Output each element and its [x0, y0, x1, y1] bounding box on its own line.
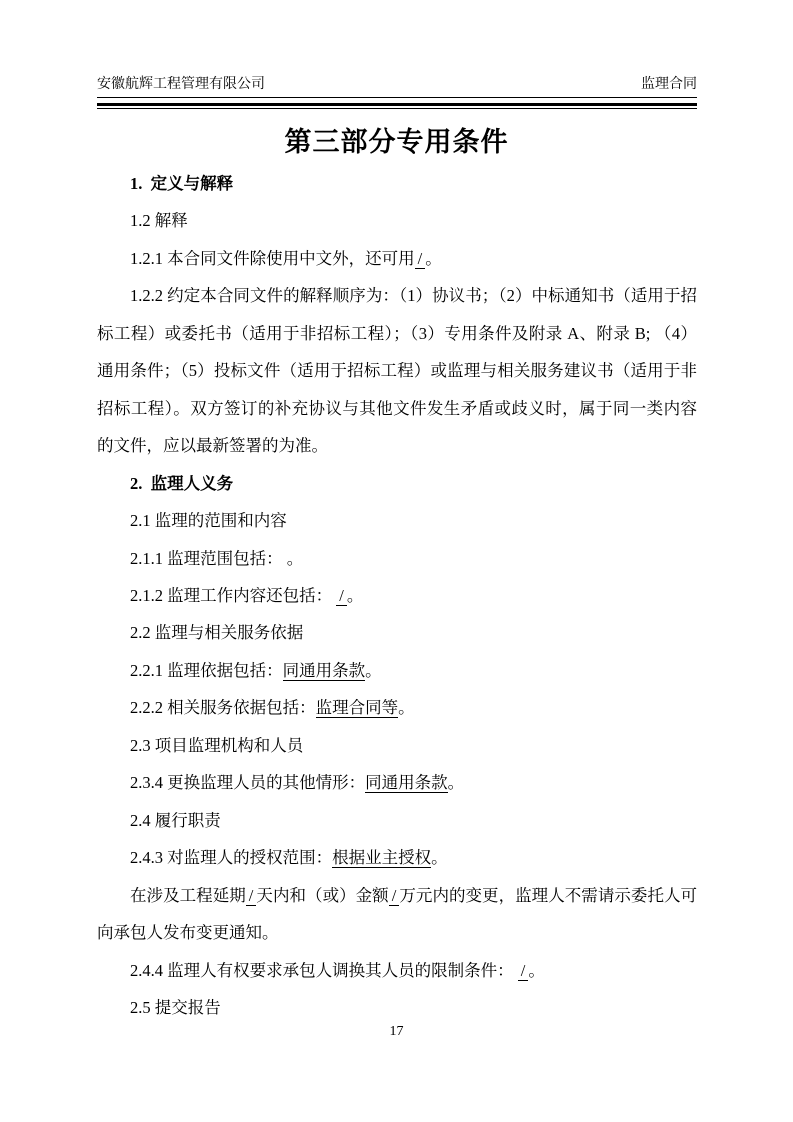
text-run: 。 [347, 586, 364, 605]
paragraph: 2.5 提交报告 [97, 989, 697, 1026]
header-doc-label: 监理合同 [641, 76, 697, 93]
blank-slash: / [246, 886, 257, 906]
paragraph: 1.2.1 本合同文件除使用中文外，还可用/。 [97, 240, 697, 277]
paragraph: 2.1.1 监理范围包括： 。 [97, 540, 697, 577]
text-run: 天内和（或）金额 [256, 886, 388, 905]
page-number: 17 [390, 1024, 404, 1039]
blank-slash: / [389, 886, 400, 906]
text-run: 。 [425, 249, 442, 268]
text-run: 2.1.2 监理工作内容还包括： [130, 586, 336, 605]
header-rule [97, 103, 697, 109]
header-company: 安徽航辉工程管理有限公司 [97, 76, 265, 93]
blank-slash: / [336, 586, 347, 606]
text-run: 2.3 项目监理机构和人员 [130, 736, 303, 755]
paragraph: 2.2.1 监理依据包括：同通用条款。 [97, 652, 697, 689]
page-header: 安徽航辉工程管理有限公司 监理合同 [97, 76, 697, 109]
paragraph: 1.2 解释 [97, 202, 697, 239]
paragraph: 2.1.2 监理工作内容还包括： /。 [97, 577, 697, 614]
section-heading: 2. 监理人义务 [97, 465, 697, 502]
filled-in-value: 同通用条款 [283, 661, 366, 681]
paragraph: 2.2 监理与相关服务依据 [97, 614, 697, 651]
filled-in-value: 同通用条款 [365, 773, 448, 793]
paragraph: 在涉及工程延期/天内和（或）金额/万元内的变更，监理人不需请示委托人可向承包人发… [97, 877, 697, 952]
text-run: 2.1 监理的范围和内容 [130, 511, 287, 530]
text-run: 2. 监理人义务 [130, 474, 233, 493]
blank-slash: / [415, 249, 426, 269]
text-run: 。 [398, 698, 415, 717]
blank-slash: / [518, 961, 529, 981]
text-run: 2.3.4 更换监理人员的其他情形： [130, 773, 365, 792]
text-run: 2.2.1 监理依据包括： [130, 661, 283, 680]
header-row: 安徽航辉工程管理有限公司 监理合同 [97, 76, 697, 98]
text-run: 1.2.2 约定本合同文件的解释顺序为：（1）协议书；（2）中标通知书（适用于招… [97, 286, 697, 455]
paragraph: 2.4 履行职责 [97, 802, 697, 839]
document-page: 安徽航辉工程管理有限公司 监理合同 第三部分专用条件 1. 定义与解释1.2 解… [0, 0, 793, 1122]
text-run: 。 [448, 773, 465, 792]
text-run: 2.4.4 监理人有权要求承包人调换其人员的限制条件： [130, 961, 518, 980]
paragraph: 2.2.2 相关服务依据包括：监理合同等。 [97, 689, 697, 726]
text-run: 1.2.1 本合同文件除使用中文外，还可用 [130, 249, 415, 268]
paragraph: 2.1 监理的范围和内容 [97, 502, 697, 539]
text-run: 。 [528, 961, 545, 980]
filled-in-value: 根据业主授权 [332, 848, 431, 868]
paragraph: 2.3 项目监理机构和人员 [97, 727, 697, 764]
text-run: 。 [365, 661, 382, 680]
page-title: 第三部分专用条件 [0, 125, 793, 159]
text-run: 1.2 解释 [130, 211, 188, 230]
text-run: 2.2.2 相关服务依据包括： [130, 698, 316, 717]
text-run: 2.1.1 监理范围包括： 。 [130, 549, 303, 568]
section-heading: 1. 定义与解释 [97, 165, 697, 202]
text-run: 在涉及工程延期 [130, 886, 246, 905]
paragraph: 2.3.4 更换监理人员的其他情形：同通用条款。 [97, 764, 697, 801]
paragraph: 2.4.3 对监理人的授权范围：根据业主授权。 [97, 839, 697, 876]
paragraph: 2.4.4 监理人有权要求承包人调换其人员的限制条件： /。 [97, 952, 697, 989]
text-run: 2.5 提交报告 [130, 998, 221, 1017]
text-run: 2.2 监理与相关服务依据 [130, 623, 303, 642]
page-footer: 17 [0, 1022, 793, 1042]
text-run: 。 [431, 848, 448, 867]
paragraph: 1.2.2 约定本合同文件的解释顺序为：（1）协议书；（2）中标通知书（适用于招… [97, 277, 697, 464]
text-run: 1. 定义与解释 [130, 174, 233, 193]
filled-in-value: 监理合同等 [316, 698, 399, 718]
text-run: 2.4.3 对监理人的授权范围： [130, 848, 332, 867]
document-body: 1. 定义与解释1.2 解释1.2.1 本合同文件除使用中文外，还可用/。1.2… [97, 165, 697, 1026]
text-run: 2.4 履行职责 [130, 811, 221, 830]
